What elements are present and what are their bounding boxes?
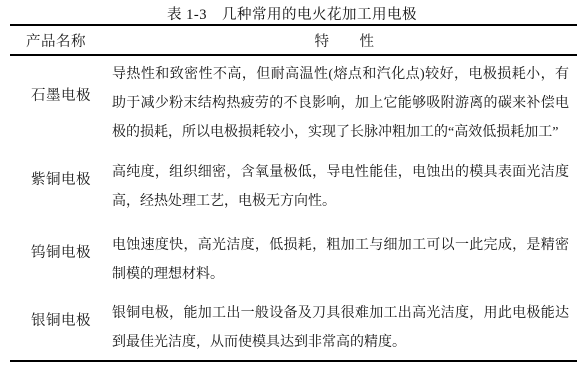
- table-row: 钨铜电极 电蚀速度快，高光洁度，低损耗，粗加工与细加工可以一此完成，是精密制模的…: [10, 224, 577, 296]
- row-description-text: 银铜电极，能加工出一般设备及刀具很难加工出高光洁度，用此电极能达到最佳光洁度，从…: [112, 299, 569, 357]
- table-row: 银铜电极 银铜电极，能加工出一般设备及刀具很难加工出高光洁度，用此电极能达到最佳…: [10, 296, 577, 360]
- document-page: 表 1-3 几种常用的电火花加工用电极 产品名称 特 性 石墨电极 导热性和致密…: [0, 0, 584, 371]
- electrode-table: 产品名称 特 性 石墨电极 导热性和致密性不高，但耐高温性(熔点和汽化点)较好，…: [10, 24, 577, 362]
- table-header-row: 产品名称 特 性: [10, 26, 577, 56]
- table-caption: 表 1-3 几种常用的电火花加工用电极: [0, 0, 584, 24]
- row-description-text: 导热性和致密性不高，但耐高温性(熔点和汽化点)较好，电极损耗小，有助于减少粉末结…: [112, 60, 569, 147]
- table-row: 石墨电极 导热性和致密性不高，但耐高温性(熔点和汽化点)较好，电极损耗小，有助于…: [10, 56, 577, 150]
- row-label-silver-copper-electrode: 银铜电极: [10, 296, 112, 360]
- row-description-cell: 银铜电极，能加工出一般设备及刀具很难加工出高光洁度，用此电极能达到最佳光洁度，从…: [112, 296, 577, 360]
- table-row: 紫铜电极 高纯度，组织细密，含氧量极低，导电性能佳，电蚀出的模具表面光洁度高，经…: [10, 150, 577, 224]
- row-label-copper-electrode: 紫铜电极: [10, 150, 112, 224]
- row-description-cell: 电蚀速度快，高光洁度，低损耗，粗加工与细加工可以一此完成，是精密制模的理想材料。: [112, 224, 577, 296]
- row-description-text: 电蚀速度快，高光洁度，低损耗，粗加工与细加工可以一此完成，是精密制模的理想材料。: [112, 231, 569, 289]
- row-description-text: 高纯度，组织细密，含氧量极低，导电性能佳，电蚀出的模具表面光洁度高，经热处理工艺…: [112, 158, 569, 216]
- row-label-graphite-electrode: 石墨电极: [10, 56, 112, 150]
- row-description-cell: 导热性和致密性不高，但耐高温性(熔点和汽化点)较好，电极损耗小，有助于减少粉末结…: [112, 56, 577, 150]
- column-header-product-name: 产品名称: [10, 30, 112, 51]
- row-description-cell: 高纯度，组织细密，含氧量极低，导电性能佳，电蚀出的模具表面光洁度高，经热处理工艺…: [112, 150, 577, 224]
- row-label-tungsten-copper-electrode: 钨铜电极: [10, 224, 112, 296]
- column-header-property: 特 性: [112, 30, 577, 51]
